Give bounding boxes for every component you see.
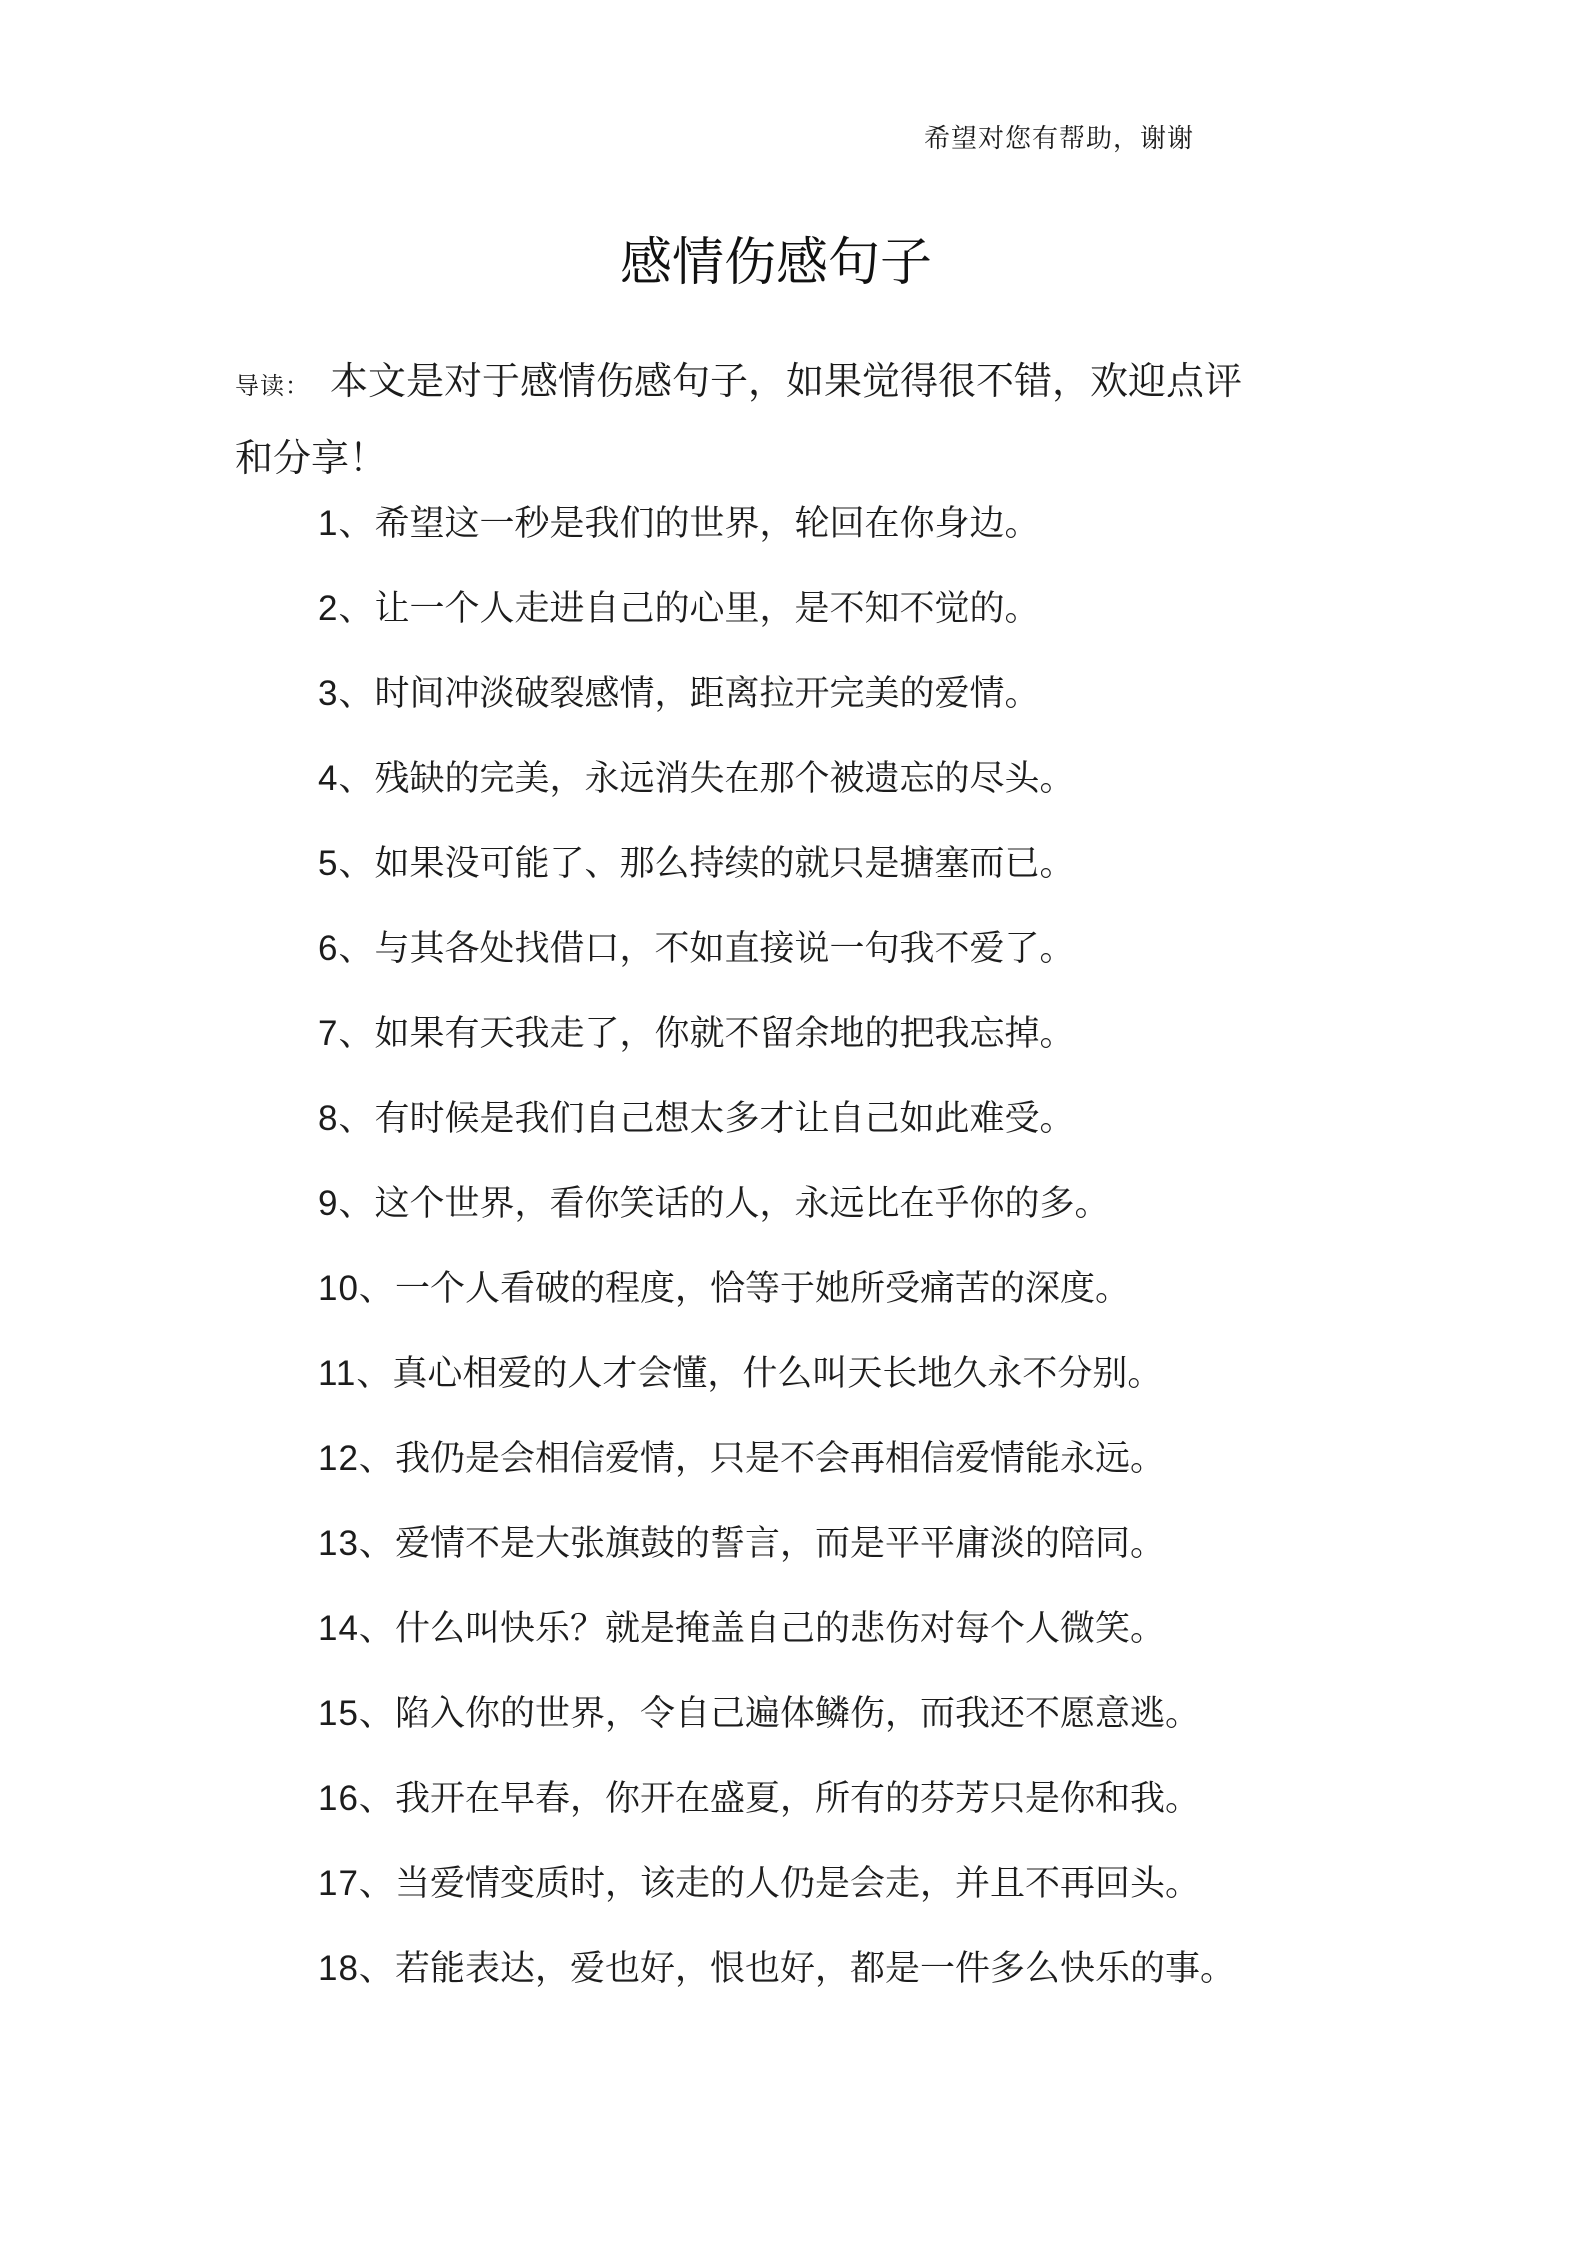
item-text: 残缺的完美，永远消失在那个被遗忘的尽头。 [374,759,1074,798]
list-item: 9、这个世界，看你笑话的人，永远比在乎你的多。 [318,1186,1418,1222]
item-text: 让一个人走进自己的心里，是不知不觉的。 [374,589,1039,628]
item-number: 16、 [318,1779,395,1818]
list-item: 5、如果没可能了、那么持续的就只是搪塞而已。 [318,846,1418,882]
list-item: 7、如果有天我走了，你就不留余地的把我忘掉。 [318,1016,1418,1052]
item-number: 14、 [318,1609,395,1648]
quote-list: 1、希望这一秒是我们的世界，轮回在你身边。 2、让一个人走进自己的心里，是不知不… [318,506,1418,2036]
item-number: 12、 [318,1439,395,1478]
item-text: 希望这一秒是我们的世界，轮回在你身边。 [374,504,1039,543]
item-text: 这个世界，看你笑话的人，永远比在乎你的多。 [374,1184,1109,1223]
list-item: 16、我开在早春，你开在盛夏，所有的芬芳只是你和我。 [318,1781,1418,1817]
list-item: 12、我仍是会相信爱情，只是不会再相信爱情能永远。 [318,1441,1418,1477]
page-title: 感情伤感句子 [0,230,1552,298]
item-text: 我开在早春，你开在盛夏，所有的芬芳只是你和我。 [395,1779,1200,1818]
item-text: 如果没可能了、那么持续的就只是搪塞而已。 [374,844,1074,883]
item-number: 10、 [318,1269,395,1308]
list-item: 2、让一个人走进自己的心里，是不知不觉的。 [318,591,1418,627]
item-text: 一个人看破的程度，恰等于她所受痛苦的深度。 [395,1269,1130,1308]
list-item: 15、陷入你的世界，令自己遍体鳞伤，而我还不愿意逃。 [318,1696,1418,1732]
list-item: 13、爱情不是大张旗鼓的誓言，而是平平庸淡的陪同。 [318,1526,1418,1562]
item-text: 当爱情变质时，该走的人仍是会走，并且不再回头。 [395,1864,1200,1903]
item-number: 17、 [318,1864,395,1903]
list-item: 4、残缺的完美，永远消失在那个被遗忘的尽头。 [318,761,1418,797]
list-item: 10、一个人看破的程度，恰等于她所受痛苦的深度。 [318,1271,1418,1307]
item-number: 6、 [318,929,374,968]
list-item: 1、希望这一秒是我们的世界，轮回在你身边。 [318,506,1418,542]
item-text: 真心相爱的人才会懂，什么叫天长地久永不分别。 [392,1354,1162,1393]
item-text: 与其各处找借口，不如直接说一句我不爱了。 [374,929,1074,968]
item-text: 陷入你的世界，令自己遍体鳞伤，而我还不愿意逃。 [395,1694,1200,1733]
item-text: 如果有天我走了，你就不留余地的把我忘掉。 [374,1014,1074,1053]
list-item: 14、什么叫快乐？就是掩盖自己的悲伤对每个人微笑。 [318,1611,1418,1647]
item-number: 9、 [318,1184,374,1223]
item-number: 4、 [318,759,374,798]
intro-label: 导读： [235,374,310,400]
intro-paragraph: 导读：本文是对于感情伤感句子，如果觉得很不错，欢迎点评和分享！ [235,346,1245,495]
item-text: 什么叫快乐？就是掩盖自己的悲伤对每个人微笑。 [395,1609,1165,1648]
list-item: 18、若能表达，爱也好，恨也好，都是一件多么快乐的事。 [318,1951,1418,1987]
item-text: 爱情不是大张旗鼓的誓言，而是平平庸淡的陪同。 [395,1524,1165,1563]
item-text: 若能表达，爱也好，恨也好，都是一件多么快乐的事。 [395,1949,1235,1988]
item-number: 11、 [318,1354,392,1393]
list-item: 17、当爱情变质时，该走的人仍是会走，并且不再回头。 [318,1866,1418,1902]
list-item: 3、时间冲淡破裂感情，距离拉开完美的爱情。 [318,676,1418,712]
item-number: 2、 [318,589,374,628]
item-number: 7、 [318,1014,374,1053]
item-number: 3、 [318,674,374,713]
list-item: 6、与其各处找借口，不如直接说一句我不爱了。 [318,931,1418,967]
item-number: 13、 [318,1524,395,1563]
intro-text: 本文是对于感情伤感句子，如果觉得很不错，欢迎点评和分享！ [235,361,1242,480]
item-number: 18、 [318,1949,395,1988]
header-note: 希望对您有帮助，谢谢 [924,122,1194,156]
item-number: 1、 [318,504,374,543]
item-number: 8、 [318,1099,374,1138]
item-number: 15、 [318,1694,395,1733]
item-text: 我仍是会相信爱情，只是不会再相信爱情能永远。 [395,1439,1165,1478]
item-number: 5、 [318,844,374,883]
list-item: 8、有时候是我们自己想太多才让自己如此难受。 [318,1101,1418,1137]
document-page: 希望对您有帮助，谢谢 感情伤感句子 导读：本文是对于感情伤感句子，如果觉得很不错… [0,0,1594,2255]
list-item: 11、真心相爱的人才会懂，什么叫天长地久永不分别。 [318,1356,1418,1392]
item-text: 有时候是我们自己想太多才让自己如此难受。 [374,1099,1074,1138]
item-text: 时间冲淡破裂感情，距离拉开完美的爱情。 [374,674,1039,713]
